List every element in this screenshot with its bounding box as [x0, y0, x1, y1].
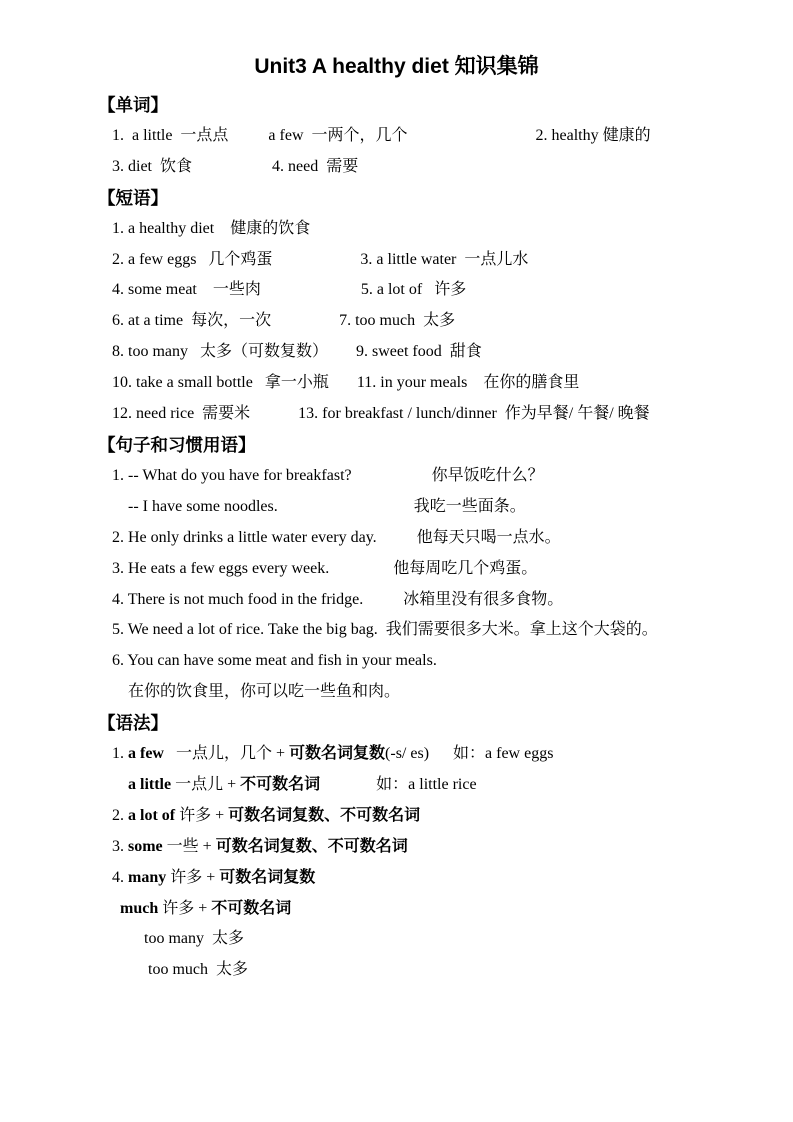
section-header-sentences: 【句子和习惯用语】: [98, 430, 705, 461]
phrase-line: 2. a few eggs 几个鸡蛋 3. a little water 一点儿…: [112, 245, 705, 276]
text-segment: 许多 +: [166, 869, 219, 886]
words-line: 3. diet 饮食 4. need 需要: [112, 152, 705, 183]
text-segment-bold: 不可数名词: [211, 900, 291, 917]
text-segment-bold: a lot of: [128, 807, 175, 824]
grammar-line: 3. some 一些 + 可数名词复数、不可数名词: [112, 832, 705, 863]
sentence-line: 5. We need a lot of rice. Take the big b…: [112, 615, 705, 646]
grammar-line: a little 一点儿 + 不可数名词 如：a little rice: [112, 770, 705, 801]
text-segment: [112, 900, 120, 917]
phrase-line: 10. take a small bottle 拿一小瓶 11. in your…: [112, 368, 705, 399]
phrase-line: 12. need rice 需要米 13. for breakfast / lu…: [112, 399, 705, 430]
text-segment: 一点儿，几个 +: [164, 745, 289, 762]
page-title: Unit3 A healthy diet 知识集锦: [88, 52, 705, 82]
text-segment-bold: much: [120, 900, 158, 917]
text-segment: 许多 +: [175, 807, 228, 824]
text-segment-bold: a little: [128, 776, 171, 793]
grammar-line: too much 太多: [112, 955, 705, 986]
text-segment-bold: 可数名词复数、不可数名词: [216, 838, 408, 855]
sentence-line: 4. There is not much food in the fridge.…: [112, 585, 705, 616]
section-header-phrases: 【短语】: [98, 183, 705, 214]
document-page: Unit3 A healthy diet 知识集锦 【单词】 1. a litt…: [0, 0, 793, 1122]
sentence-line: 在你的饮食里，你可以吃一些鱼和肉。: [112, 677, 705, 708]
words-line: 1. a little 一点点 a few 一两个，几个 2. healthy …: [112, 121, 705, 152]
phrase-line: 1. a healthy diet 健康的饮食: [112, 214, 705, 245]
text-segment: too many 太多: [112, 930, 244, 947]
text-segment-bold: 可数名词复数: [219, 869, 315, 886]
text-segment-bold: 可数名词复数、不可数名词: [228, 807, 420, 824]
phrase-line: 6. at a time 每次，一次 7. too much 太多: [112, 306, 705, 337]
text-segment: (-s/ es) 如：a few eggs: [385, 745, 553, 762]
grammar-line: 4. many 许多 + 可数名词复数: [112, 863, 705, 894]
text-segment-bold: some: [128, 838, 163, 855]
sentence-line: 3. He eats a few eggs every week. 他每周吃几个…: [112, 554, 705, 585]
text-segment-bold: 可数名词复数: [289, 745, 385, 762]
section-header-words: 【单词】: [98, 90, 705, 121]
text-segment: too much 太多: [112, 961, 248, 978]
grammar-line: too many 太多: [112, 924, 705, 955]
grammar-line: much 许多 + 不可数名词: [112, 894, 705, 925]
text-segment: 2.: [112, 807, 128, 824]
text-segment: 1.: [112, 745, 128, 762]
text-segment-bold: a few: [128, 745, 164, 762]
sentence-line: 6. You can have some meat and fish in yo…: [112, 646, 705, 677]
sentence-line: 2. He only drinks a little water every d…: [112, 523, 705, 554]
grammar-line: 1. a few 一点儿，几个 + 可数名词复数(-s/ es) 如：a few…: [112, 739, 705, 770]
phrase-line: 8. too many 太多（可数复数） 9. sweet food 甜食: [112, 337, 705, 368]
text-segment: 3.: [112, 838, 128, 855]
sentence-line: 1. -- What do you have for breakfast? 你早…: [112, 461, 705, 492]
section-header-grammar: 【语法】: [98, 708, 705, 739]
text-segment-bold: many: [128, 869, 166, 886]
text-segment: 一点儿 +: [171, 776, 240, 793]
phrase-line: 4. some meat 一些肉 5. a lot of 许多: [112, 275, 705, 306]
text-segment: 一些 +: [163, 838, 216, 855]
text-segment: 4.: [112, 869, 128, 886]
sentence-line: -- I have some noodles. 我吃一些面条。: [112, 492, 705, 523]
text-segment-bold: 不可数名词: [240, 776, 320, 793]
text-segment: 许多 +: [158, 900, 211, 917]
text-segment: 如：a little rice: [320, 776, 476, 793]
text-segment: [112, 776, 128, 793]
grammar-line: 2. a lot of 许多 + 可数名词复数、不可数名词: [112, 801, 705, 832]
